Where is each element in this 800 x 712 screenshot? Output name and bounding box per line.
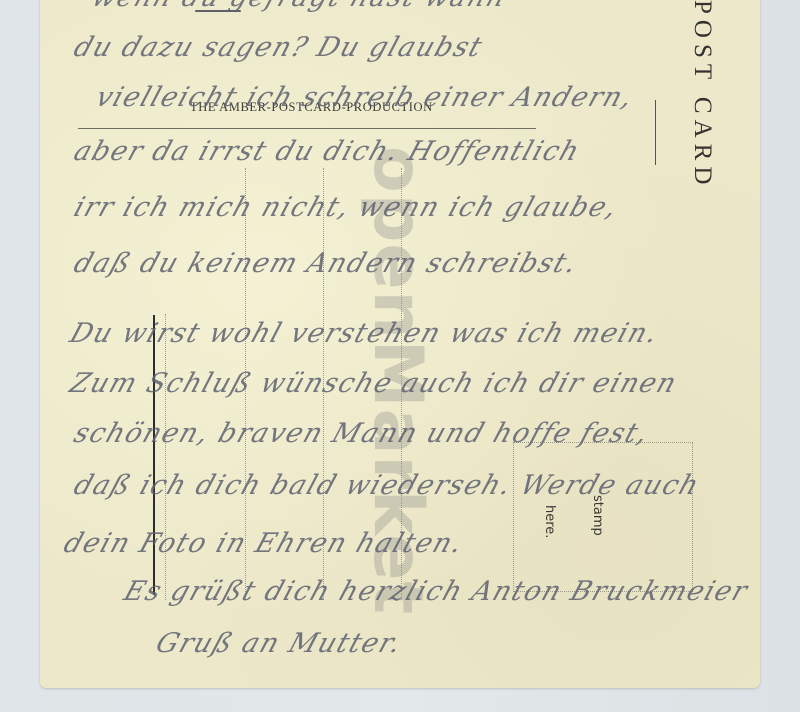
handwriting-postscript: Gruß an Mutter. bbox=[152, 628, 406, 659]
photo-background: THE AMBER-POSTCARD-PRODUCTION POST CARD … bbox=[0, 0, 800, 712]
stamp-here-label: here. bbox=[542, 505, 557, 538]
handwriting-line: irr ich mich nicht, wenn ich glaube, bbox=[70, 192, 622, 223]
handwriting-line: vielleicht ich schreib einer Andern, bbox=[92, 82, 638, 113]
handwriting-line: Zum Schluß wünsche auch ich dir einen bbox=[66, 368, 681, 399]
header-rule bbox=[78, 128, 536, 129]
stamp-box: stamp here. bbox=[513, 442, 693, 592]
handwriting-line: Du wirst wohl verstehen was ich mein. bbox=[66, 318, 663, 349]
post-card-title: POST CARD bbox=[656, 0, 716, 270]
center-divider bbox=[655, 100, 656, 165]
handwriting-line: dein Foto in Ehren halten. bbox=[60, 528, 468, 559]
handwriting-line: du dazu sagen? Du glaubst bbox=[70, 32, 487, 63]
stamp-label: stamp bbox=[590, 495, 605, 536]
postcard: THE AMBER-POSTCARD-PRODUCTION POST CARD … bbox=[40, 0, 760, 688]
handwriting-line: wenn du gefragt hast wann bbox=[88, 0, 511, 13]
handwriting-line: daß du keinem Andern schreibst. bbox=[70, 248, 582, 279]
handwriting-signature-line: Es grüßt dich herzlich Anton Bruckmeier bbox=[120, 576, 752, 607]
handwriting-line: schönen, braven Mann und hoffe fest, bbox=[70, 418, 653, 449]
handwriting-line: aber da irrst du dich. Hoffentlich bbox=[70, 136, 584, 167]
handwriting-line: daß ich dich bald wiederseh. Werde auch bbox=[70, 470, 704, 501]
